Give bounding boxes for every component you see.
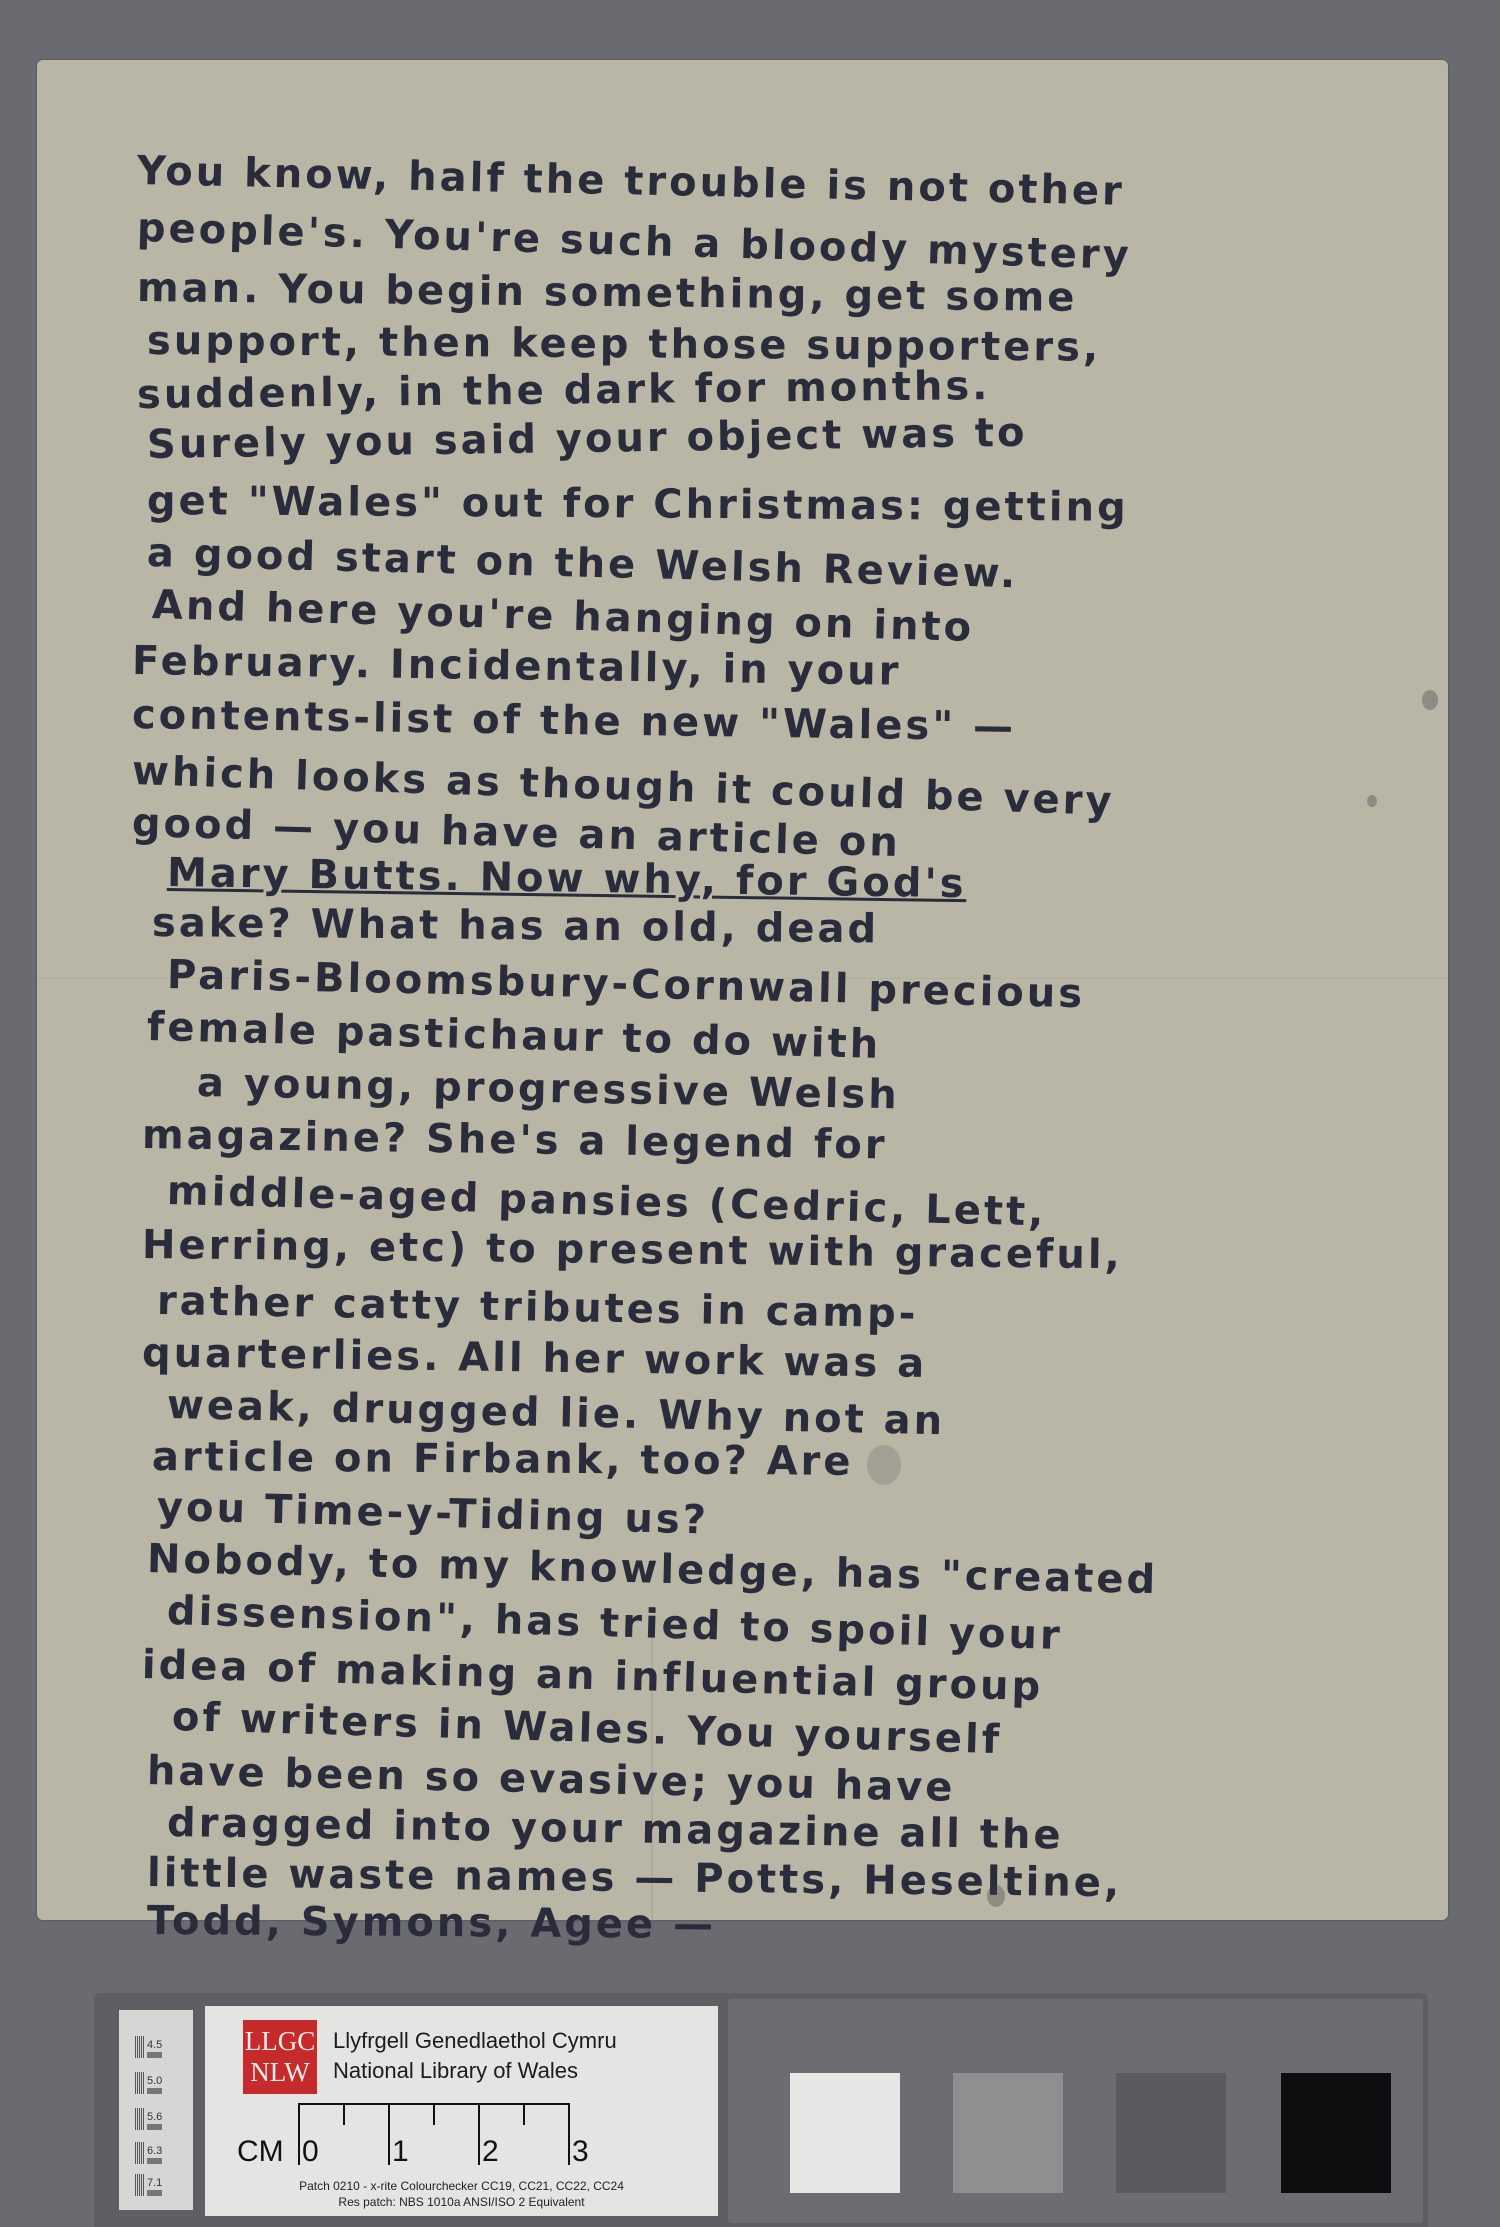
letter-body: You know, half the trouble is not other … bbox=[37, 60, 1448, 1920]
nlw-logo: LLGC NLW bbox=[243, 2020, 317, 2094]
letter-line: little waste names — Potts, Heseltine, bbox=[147, 1850, 1123, 1906]
swatch-light-gray bbox=[953, 2073, 1063, 2193]
swatch-dark-gray bbox=[1116, 2073, 1226, 2193]
letter-line: suddenly, in the dark for months. bbox=[137, 363, 991, 418]
ink-blot bbox=[1367, 795, 1377, 807]
letter-line: contents-list of the new "Wales" — bbox=[132, 692, 1017, 750]
resolution-patch: 6.3 bbox=[135, 2142, 162, 2164]
res-patch-note: Res patch: NBS 1010a ANSI/ISO 2 Equivale… bbox=[205, 2195, 718, 2209]
letter-line: You know, half the trouble is not other bbox=[137, 148, 1126, 215]
resolution-target: 4.5 5.0 5.6 6.3 7.1 bbox=[119, 2010, 193, 2210]
letter-line: February. Incidentally, in your bbox=[132, 638, 902, 695]
ink-blot bbox=[1422, 690, 1438, 710]
cm-unit-label: CM bbox=[237, 2135, 284, 2169]
calibration-strip: 4.5 5.0 5.6 6.3 7.1 LLGC NLW Llyfrgell G… bbox=[94, 1993, 1428, 2227]
letter-line: get "Wales" out for Christmas: getting bbox=[147, 478, 1129, 531]
resolution-patch: 5.6 bbox=[135, 2108, 162, 2130]
letter-line: magazine? She's a legend for bbox=[142, 1112, 888, 1168]
letter-line: rather catty tributes in camp- bbox=[157, 1278, 919, 1337]
cm-ruler: 0 1 2 3 bbox=[298, 2103, 570, 2168]
letter-line: Todd, Symons, Agee — bbox=[147, 1898, 716, 1948]
letter-line: man. You begin something, get some bbox=[137, 265, 1078, 321]
library-name-welsh: Llyfrgell Genedlaethol Cymru bbox=[333, 2028, 617, 2054]
letter-line: you Time-y-Tiding us? bbox=[156, 1484, 709, 1543]
letter-line: female pastichaur to do with bbox=[146, 1004, 881, 1068]
letter-line: quarterlies. All her work was a bbox=[142, 1330, 928, 1387]
resolution-patch: 4.5 bbox=[135, 2036, 162, 2058]
fingerprint-smudge bbox=[867, 1445, 901, 1485]
letter-line: Surely you said your object was to bbox=[147, 410, 1028, 468]
grayscale-card bbox=[728, 1999, 1423, 2223]
letter-line: article on Firbank, too? Are bbox=[152, 1434, 854, 1485]
swatch-black bbox=[1281, 2073, 1391, 2193]
letter-line: sake? What has an old, dead bbox=[152, 900, 880, 952]
resolution-patch: 5.0 bbox=[135, 2072, 162, 2094]
letter-line: Herring, etc) to present with graceful, bbox=[142, 1222, 1123, 1278]
letter-line: a young, progressive Welsh bbox=[197, 1060, 900, 1118]
letter-page: You know, half the trouble is not other … bbox=[37, 60, 1448, 1920]
patch-note: Patch 0210 - x-rite Colourchecker CC19, … bbox=[205, 2179, 718, 2193]
library-name-english: National Library of Wales bbox=[333, 2058, 578, 2084]
letter-line-mary-butts: Mary Butts. Now why, for God's bbox=[167, 850, 967, 907]
resolution-patch: 7.1 bbox=[135, 2174, 162, 2196]
swatch-white bbox=[790, 2073, 900, 2193]
ink-blot bbox=[987, 1885, 1005, 1907]
library-label-card: LLGC NLW Llyfrgell Genedlaethol Cymru Na… bbox=[205, 2006, 718, 2216]
